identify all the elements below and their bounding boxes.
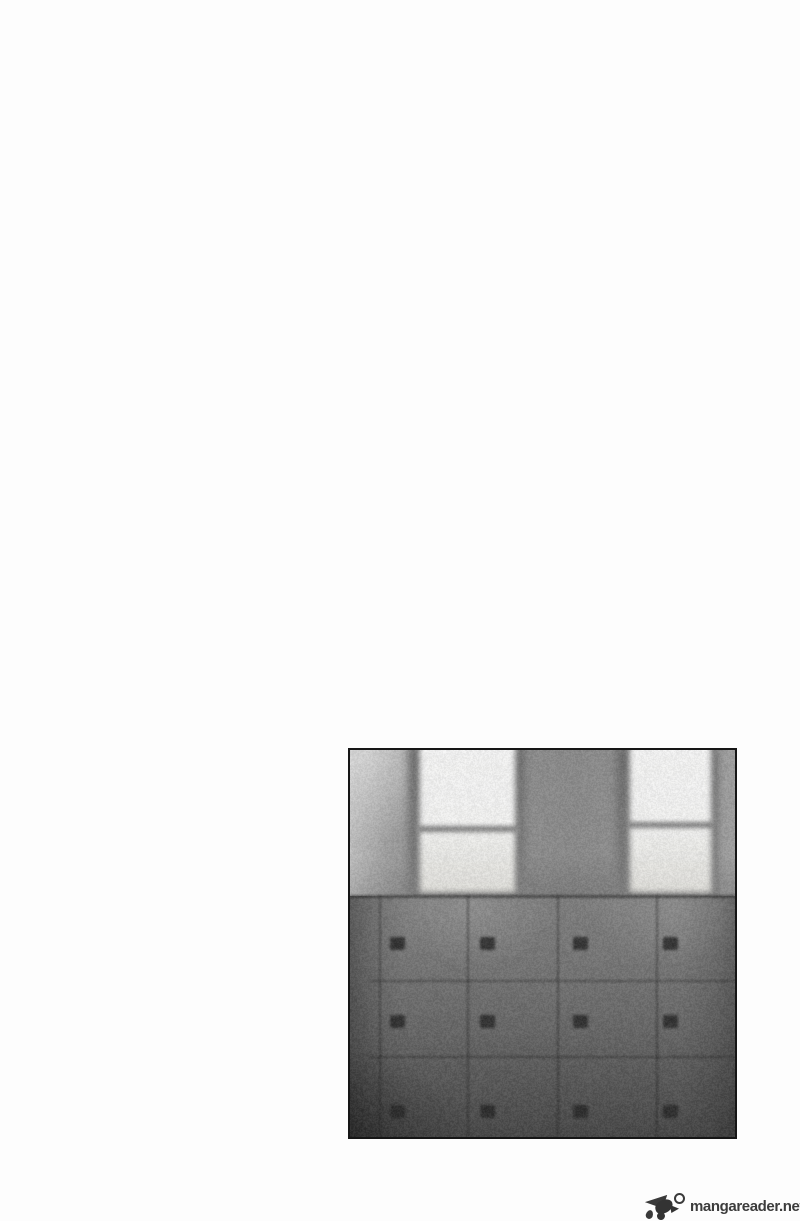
logo-drop-shape: [645, 1209, 654, 1220]
panel-photo: [350, 750, 735, 1137]
manga-panel: [348, 748, 737, 1139]
logo-drop-shape: [656, 1211, 665, 1220]
site-watermark: mangareader.net: [645, 1192, 800, 1220]
manga-page: mangareader.net: [0, 0, 800, 1221]
mangareader-logo-icon: [645, 1192, 687, 1220]
watermark-text: mangareader.net: [690, 1198, 800, 1215]
logo-ring-shape: [674, 1193, 685, 1204]
film-grain-canvas: [350, 750, 735, 1137]
logo-beak-shape: [670, 1205, 679, 1213]
